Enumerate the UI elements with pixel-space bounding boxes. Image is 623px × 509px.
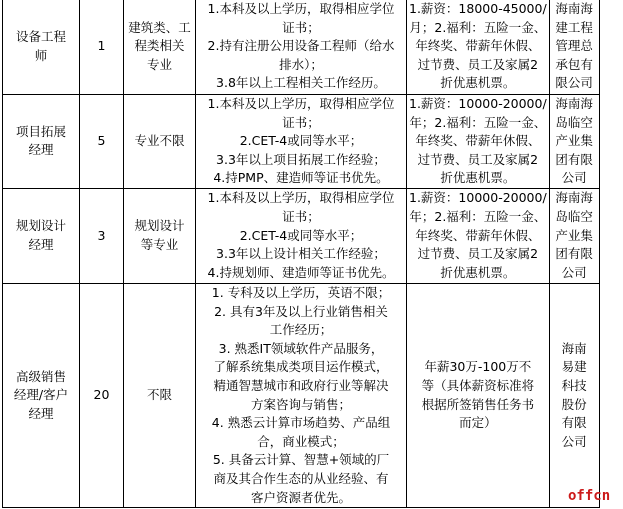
requirement-line: 5. 具备云计算、智慧+领域的厂 — [198, 451, 404, 470]
company-text: 公司 — [552, 433, 597, 452]
salary-line: 折优惠机票。 — [409, 74, 547, 93]
company-text: 产业集 — [552, 227, 597, 246]
salary-cell: 年薪30万-100万不等（具体薪资标准将根据所签销售任务书而定） — [407, 283, 550, 507]
major-cell: 建筑类、工程类相关专业 — [124, 0, 196, 95]
requirement-line: 方案咨询与销售； — [198, 396, 404, 415]
salary-line: 1.薪资：10000-20000/ — [409, 95, 547, 114]
offcn-watermark: offcn — [568, 488, 610, 504]
position-cell: 高级销售经理/客户经理 — [3, 283, 80, 507]
requirement-line: 客户资源者优先。 — [198, 489, 404, 508]
company-text: 管理总 — [552, 37, 597, 56]
position-cell: 设备工程师 — [3, 0, 80, 95]
company-text: 限公司 — [552, 74, 597, 93]
requirement-line: 4.持PMP、建造师等证书优先。 — [198, 169, 404, 188]
company-text: 岛临空 — [552, 208, 597, 227]
company-text: 公司 — [552, 264, 597, 283]
salary-line: 折优惠机票。 — [409, 169, 547, 188]
company-text: 科技 — [552, 377, 597, 396]
table-row: 项目拓展经理 5 专业不限 1.本科及以上学历，取得相应学位证书；2.CET-4… — [3, 95, 600, 189]
table-row: 规划设计经理 3 规划设计等专业 1.本科及以上学历，取得相应学位证书；2.CE… — [3, 188, 600, 283]
count-text: 5 — [98, 133, 106, 148]
salary-line: 月；2.福利：五险一金、 — [409, 19, 547, 38]
company-text: 承包有 — [552, 56, 597, 75]
requirement-line: 商及其合作生态的从业经验、有 — [198, 470, 404, 489]
position-cell: 项目拓展经理 — [3, 95, 80, 189]
company-text: 海南海 — [552, 189, 597, 208]
count-text: 1 — [98, 38, 106, 53]
position-text: 项目拓展 — [5, 123, 77, 142]
requirement-line: 2.持有注册公用设备工程师（给水 — [198, 37, 404, 56]
count-cell: 3 — [80, 188, 124, 283]
requirement-line: 3.8年以上工程相关工作经历。 — [198, 74, 404, 93]
salary-line: 折优惠机票。 — [409, 264, 547, 283]
position-text: 经理 — [5, 236, 77, 255]
requirement-line: 1.本科及以上学历，取得相应学位 — [198, 189, 404, 208]
requirements-cell: 1. 专科及以上学历，英语不限；2. 具有3年及以上行业销售相关工作经历；3. … — [196, 283, 407, 507]
company-text: 海南 — [552, 340, 597, 359]
requirement-line: 4.持规划师、建造师等证书优先。 — [198, 264, 404, 283]
company-cell: 海南海岛临空产业集团有限公司 — [549, 95, 599, 189]
company-cell: 海南海建工程管理总承包有限公司 — [549, 0, 599, 95]
requirement-line: 3. 熟悉IT领域软件产品服务， — [198, 340, 404, 359]
salary-line: 而定） — [409, 414, 547, 433]
salary-cell: 1.薪资：18000-45000/月；2.福利：五险一金、年终奖、带薪年休假、过… — [407, 0, 550, 95]
position-text: 经理 — [5, 405, 77, 424]
requirement-line: 证书； — [198, 19, 404, 38]
requirement-line: 证书； — [198, 114, 404, 133]
requirements-cell: 1.本科及以上学历，取得相应学位证书；2.CET-4或同等水平；3.3年以上项目… — [196, 95, 407, 189]
table-body: 设备工程师 1 建筑类、工程类相关专业 1.本科及以上学历，取得相应学位证书；2… — [3, 0, 600, 508]
salary-line: 过节费、员工及家属2 — [409, 56, 547, 75]
salary-line: 1.薪资：18000-45000/ — [409, 0, 547, 19]
salary-line: 年；2.福利：五险一金、 — [409, 114, 547, 133]
requirement-line: 了解系统集成类项目运作模式， — [198, 358, 404, 377]
requirement-line: 3.3年以上项目拓展工作经验； — [198, 151, 404, 170]
position-text: 设备工程 — [5, 28, 77, 47]
table-row: 高级销售经理/客户经理 20 不限 1. 专科及以上学历，英语不限；2. 具有3… — [3, 283, 600, 507]
position-text: 师 — [5, 47, 77, 66]
salary-line: 年终奖、带薪年休假、 — [409, 227, 547, 246]
requirement-line: 3.3年以上设计相关工作经验； — [198, 245, 404, 264]
position-text: 经理/客户 — [5, 386, 77, 405]
requirement-line: 2.CET-4或同等水平； — [198, 132, 404, 151]
major-text: 建筑类、工 — [126, 19, 193, 38]
salary-line: 年薪30万-100万不 — [409, 358, 547, 377]
company-text: 有限 — [552, 414, 597, 433]
position-text: 高级销售 — [5, 368, 77, 387]
requirement-line: 1. 专科及以上学历，英语不限； — [198, 284, 404, 303]
salary-line: 等（具体薪资标准将 — [409, 377, 547, 396]
requirements-cell: 1.本科及以上学历，取得相应学位证书；2.持有注册公用设备工程师（给水排水）；3… — [196, 0, 407, 95]
company-text: 海南海 — [552, 95, 597, 114]
requirement-line: 1.本科及以上学历，取得相应学位 — [198, 0, 404, 19]
major-cell: 专业不限 — [124, 95, 196, 189]
requirement-line: 证书； — [198, 208, 404, 227]
major-text: 等专业 — [126, 236, 193, 255]
company-text: 产业集 — [552, 132, 597, 151]
major-text: 不限 — [126, 386, 193, 405]
company-text: 公司 — [552, 169, 597, 188]
count-cell: 5 — [80, 95, 124, 189]
company-text: 建工程 — [552, 19, 597, 38]
requirement-line: 排水）； — [198, 56, 404, 75]
count-text: 3 — [98, 228, 106, 243]
salary-line: 过节费、员工及家属2 — [409, 151, 547, 170]
company-text: 海南海 — [552, 0, 597, 19]
requirements-cell: 1.本科及以上学历，取得相应学位证书；2.CET-4或同等水平；3.3年以上设计… — [196, 188, 407, 283]
salary-line: 1.薪资：10000-20000/ — [409, 189, 547, 208]
position-text: 经理 — [5, 141, 77, 160]
count-cell: 20 — [80, 283, 124, 507]
company-text: 岛临空 — [552, 114, 597, 133]
salary-line: 根据所签销售任务书 — [409, 396, 547, 415]
requirement-line: 2.CET-4或同等水平； — [198, 227, 404, 246]
position-cell: 规划设计经理 — [3, 188, 80, 283]
company-text: 易建 — [552, 358, 597, 377]
company-cell: 海南易建科技股份有限公司 — [549, 283, 599, 507]
salary-cell: 1.薪资：10000-20000/年；2.福利：五险一金、年终奖、带薪年休假、过… — [407, 188, 550, 283]
salary-line: 年终奖、带薪年休假、 — [409, 37, 547, 56]
table-row: 设备工程师 1 建筑类、工程类相关专业 1.本科及以上学历，取得相应学位证书；2… — [3, 0, 600, 95]
requirement-line: 1.本科及以上学历，取得相应学位 — [198, 95, 404, 114]
salary-line: 过节费、员工及家属2 — [409, 245, 547, 264]
major-text: 专业 — [126, 56, 193, 75]
requirement-line: 工作经历； — [198, 321, 404, 340]
position-text: 规划设计 — [5, 217, 77, 236]
major-text: 专业不限 — [126, 132, 193, 151]
requirement-line: 合，商业模式； — [198, 433, 404, 452]
company-text: 团有限 — [552, 151, 597, 170]
requirement-line: 2. 具有3年及以上行业销售相关 — [198, 303, 404, 322]
salary-cell: 1.薪资：10000-20000/年；2.福利：五险一金、年终奖、带薪年休假、过… — [407, 95, 550, 189]
recruitment-table: 设备工程师 1 建筑类、工程类相关专业 1.本科及以上学历，取得相应学位证书；2… — [2, 0, 600, 508]
major-text: 程类相关 — [126, 37, 193, 56]
salary-line: 年终奖、带薪年休假、 — [409, 132, 547, 151]
major-cell: 不限 — [124, 283, 196, 507]
company-text: 团有限 — [552, 245, 597, 264]
count-text: 20 — [94, 387, 110, 402]
requirement-line: 4. 熟悉云计算市场趋势、产品组 — [198, 414, 404, 433]
requirement-line: 精通智慧城市和政府行业等解决 — [198, 377, 404, 396]
company-text: 股份 — [552, 396, 597, 415]
major-text: 规划设计 — [126, 217, 193, 236]
salary-line: 年；2.福利：五险一金、 — [409, 208, 547, 227]
count-cell: 1 — [80, 0, 124, 95]
company-cell: 海南海岛临空产业集团有限公司 — [549, 188, 599, 283]
major-cell: 规划设计等专业 — [124, 188, 196, 283]
